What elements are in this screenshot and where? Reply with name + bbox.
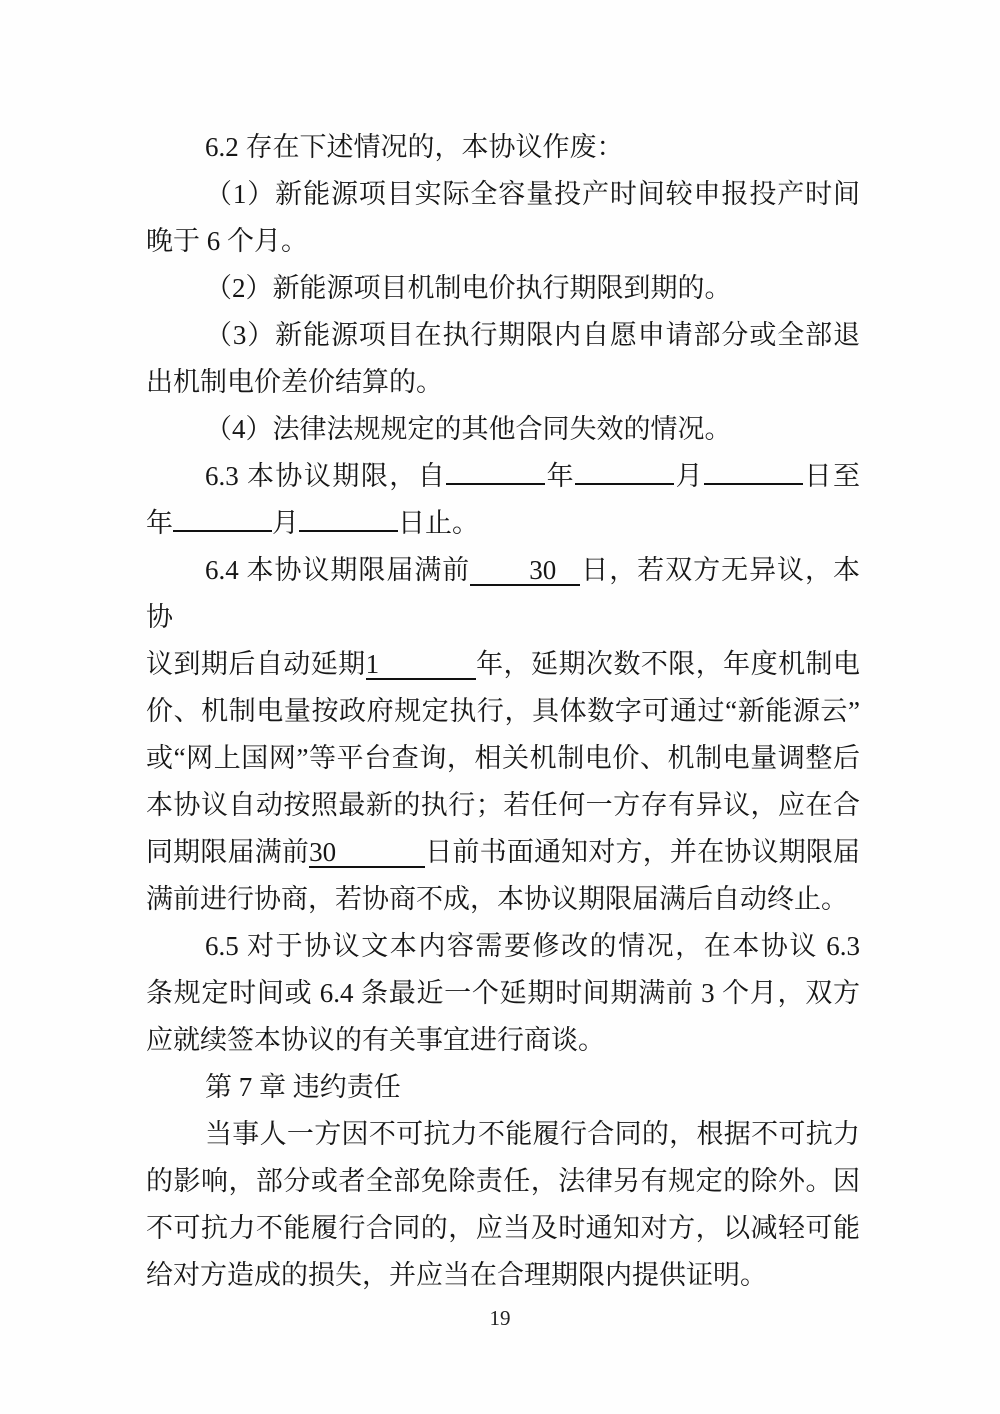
text-run: 同期限届满前 xyxy=(146,837,309,867)
page-number: 19 xyxy=(0,1303,1000,1333)
text-run: 晚于 6 个月。 xyxy=(146,226,308,256)
text-run: 日前书面通知对方，并在协议期限届 xyxy=(425,837,860,867)
text-run: 6.2 存在下述情况的，本协议作废： xyxy=(205,132,624,162)
contract-line: 议到期后自动延期1年，延期次数不限，年度机制电 xyxy=(146,641,860,688)
contract-line: 满前进行协商，若协商不成，本协议期限届满后自动终止。 xyxy=(146,876,860,923)
text-run: 给对方造成的损失，并应当在合理期限内提供证明。 xyxy=(146,1260,767,1290)
contract-line: 6.4 本协议期限届满前30日，若双方无异议，本协 xyxy=(146,547,860,641)
text-run: 出机制电价差价结算的。 xyxy=(146,367,443,397)
text-run: 6.4 本协议期限届满前 xyxy=(205,555,470,585)
contract-line: （4）法律法规规定的其他合同失效的情况。 xyxy=(146,406,860,453)
fill-in-blank: 30 xyxy=(470,556,580,586)
text-run: 议到期后自动延期 xyxy=(146,649,366,679)
contract-line: 本协议自动按照最新的执行；若任何一方存有异议，应在合 xyxy=(146,782,860,829)
text-run: 月 xyxy=(272,508,299,538)
contract-line: （2）新能源项目机制电价执行期限到期的。 xyxy=(146,265,860,312)
fill-in-blank xyxy=(446,482,545,485)
contract-line: 第 7 章 违约责任 xyxy=(146,1064,860,1111)
text-run: 当事人一方因不可抗力不能履行合同的，根据不可抗力 xyxy=(205,1119,860,1149)
text-run: 应就续签本协议的有关事宜进行商谈。 xyxy=(146,1025,605,1055)
contract-line: （3）新能源项目在执行期限内自愿申请部分或全部退 xyxy=(146,312,860,359)
text-run: 日至 xyxy=(803,461,860,491)
contract-line: 年月日止。 xyxy=(146,500,860,547)
fill-in-blank xyxy=(299,529,398,532)
contract-line: 6.5 对于协议文本内容需要修改的情况，在本协议 6.3 xyxy=(146,923,860,970)
contract-line: 给对方造成的损失，并应当在合理期限内提供证明。 xyxy=(146,1252,860,1299)
text-run: 日止。 xyxy=(398,508,479,538)
fill-in-blank xyxy=(173,529,272,532)
text-run: （4）法律法规规定的其他合同失效的情况。 xyxy=(205,414,732,444)
contract-line: 出机制电价差价结算的。 xyxy=(146,359,860,406)
contract-line: 6.2 存在下述情况的，本协议作废： xyxy=(146,124,860,171)
text-run: 月 xyxy=(674,461,704,491)
document-body: 6.2 存在下述情况的，本协议作废：（1）新能源项目实际全容量投产时间较申报投产… xyxy=(146,124,860,1299)
contract-line: 或“网上国网”等平台查询，相关机制电价、机制电量调整后 xyxy=(146,735,860,782)
contract-line: 当事人一方因不可抗力不能履行合同的，根据不可抗力 xyxy=(146,1111,860,1158)
text-run: 本协议自动按照最新的执行；若任何一方存有异议，应在合 xyxy=(146,790,860,820)
contract-line: 价、机制电量按政府规定执行，具体数字可通过“新能源云” xyxy=(146,688,860,735)
text-run: （2）新能源项目机制电价执行期限到期的。 xyxy=(205,273,732,303)
text-run: 条规定时间或 6.4 条最近一个延期时间期满前 3 个月，双方 xyxy=(146,978,860,1008)
fill-in-blank xyxy=(575,482,674,485)
text-run: 年 xyxy=(545,461,575,491)
contract-line: 晚于 6 个月。 xyxy=(146,218,860,265)
contract-line: 的影响，部分或者全部免除责任，法律另有规定的除外。因 xyxy=(146,1158,860,1205)
fill-in-blank: 1 xyxy=(366,650,476,680)
text-run: 6.5 对于协议文本内容需要修改的情况，在本协议 6.3 xyxy=(205,931,860,961)
fill-in-blank xyxy=(704,482,803,485)
text-run: 6.3 本协议期限，自 xyxy=(205,461,446,491)
text-run: 满前进行协商，若协商不成，本协议期限届满后自动终止。 xyxy=(146,884,848,914)
contract-line: 不可抗力不能履行合同的，应当及时通知对方，以减轻可能 xyxy=(146,1205,860,1252)
text-run: 或“网上国网”等平台查询，相关机制电价、机制电量调整后 xyxy=(146,743,860,773)
text-run: 年，延期次数不限，年度机制电 xyxy=(476,649,860,679)
contract-line: （1）新能源项目实际全容量投产时间较申报投产时间 xyxy=(146,171,860,218)
text-run: （1）新能源项目实际全容量投产时间较申报投产时间 xyxy=(205,179,860,209)
contract-line: 6.3 本协议期限，自年月日至 xyxy=(146,453,860,500)
text-run: （3）新能源项目在执行期限内自愿申请部分或全部退 xyxy=(205,320,860,350)
text-run: 第 7 章 违约责任 xyxy=(205,1072,401,1102)
text-run: 价、机制电量按政府规定执行，具体数字可通过“新能源云” xyxy=(146,696,860,726)
fill-in-blank: 30 xyxy=(309,838,425,868)
contract-line: 同期限届满前30日前书面通知对方，并在协议期限届 xyxy=(146,829,860,876)
text-run: 的影响，部分或者全部免除责任，法律另有规定的除外。因 xyxy=(146,1166,860,1196)
contract-page: 6.2 存在下述情况的，本协议作废：（1）新能源项目实际全容量投产时间较申报投产… xyxy=(0,0,1000,1414)
text-run: 年 xyxy=(146,508,173,538)
contract-line: 条规定时间或 6.4 条最近一个延期时间期满前 3 个月，双方 xyxy=(146,970,860,1017)
text-run: 不可抗力不能履行合同的，应当及时通知对方，以减轻可能 xyxy=(146,1213,860,1243)
contract-line: 应就续签本协议的有关事宜进行商谈。 xyxy=(146,1017,860,1064)
